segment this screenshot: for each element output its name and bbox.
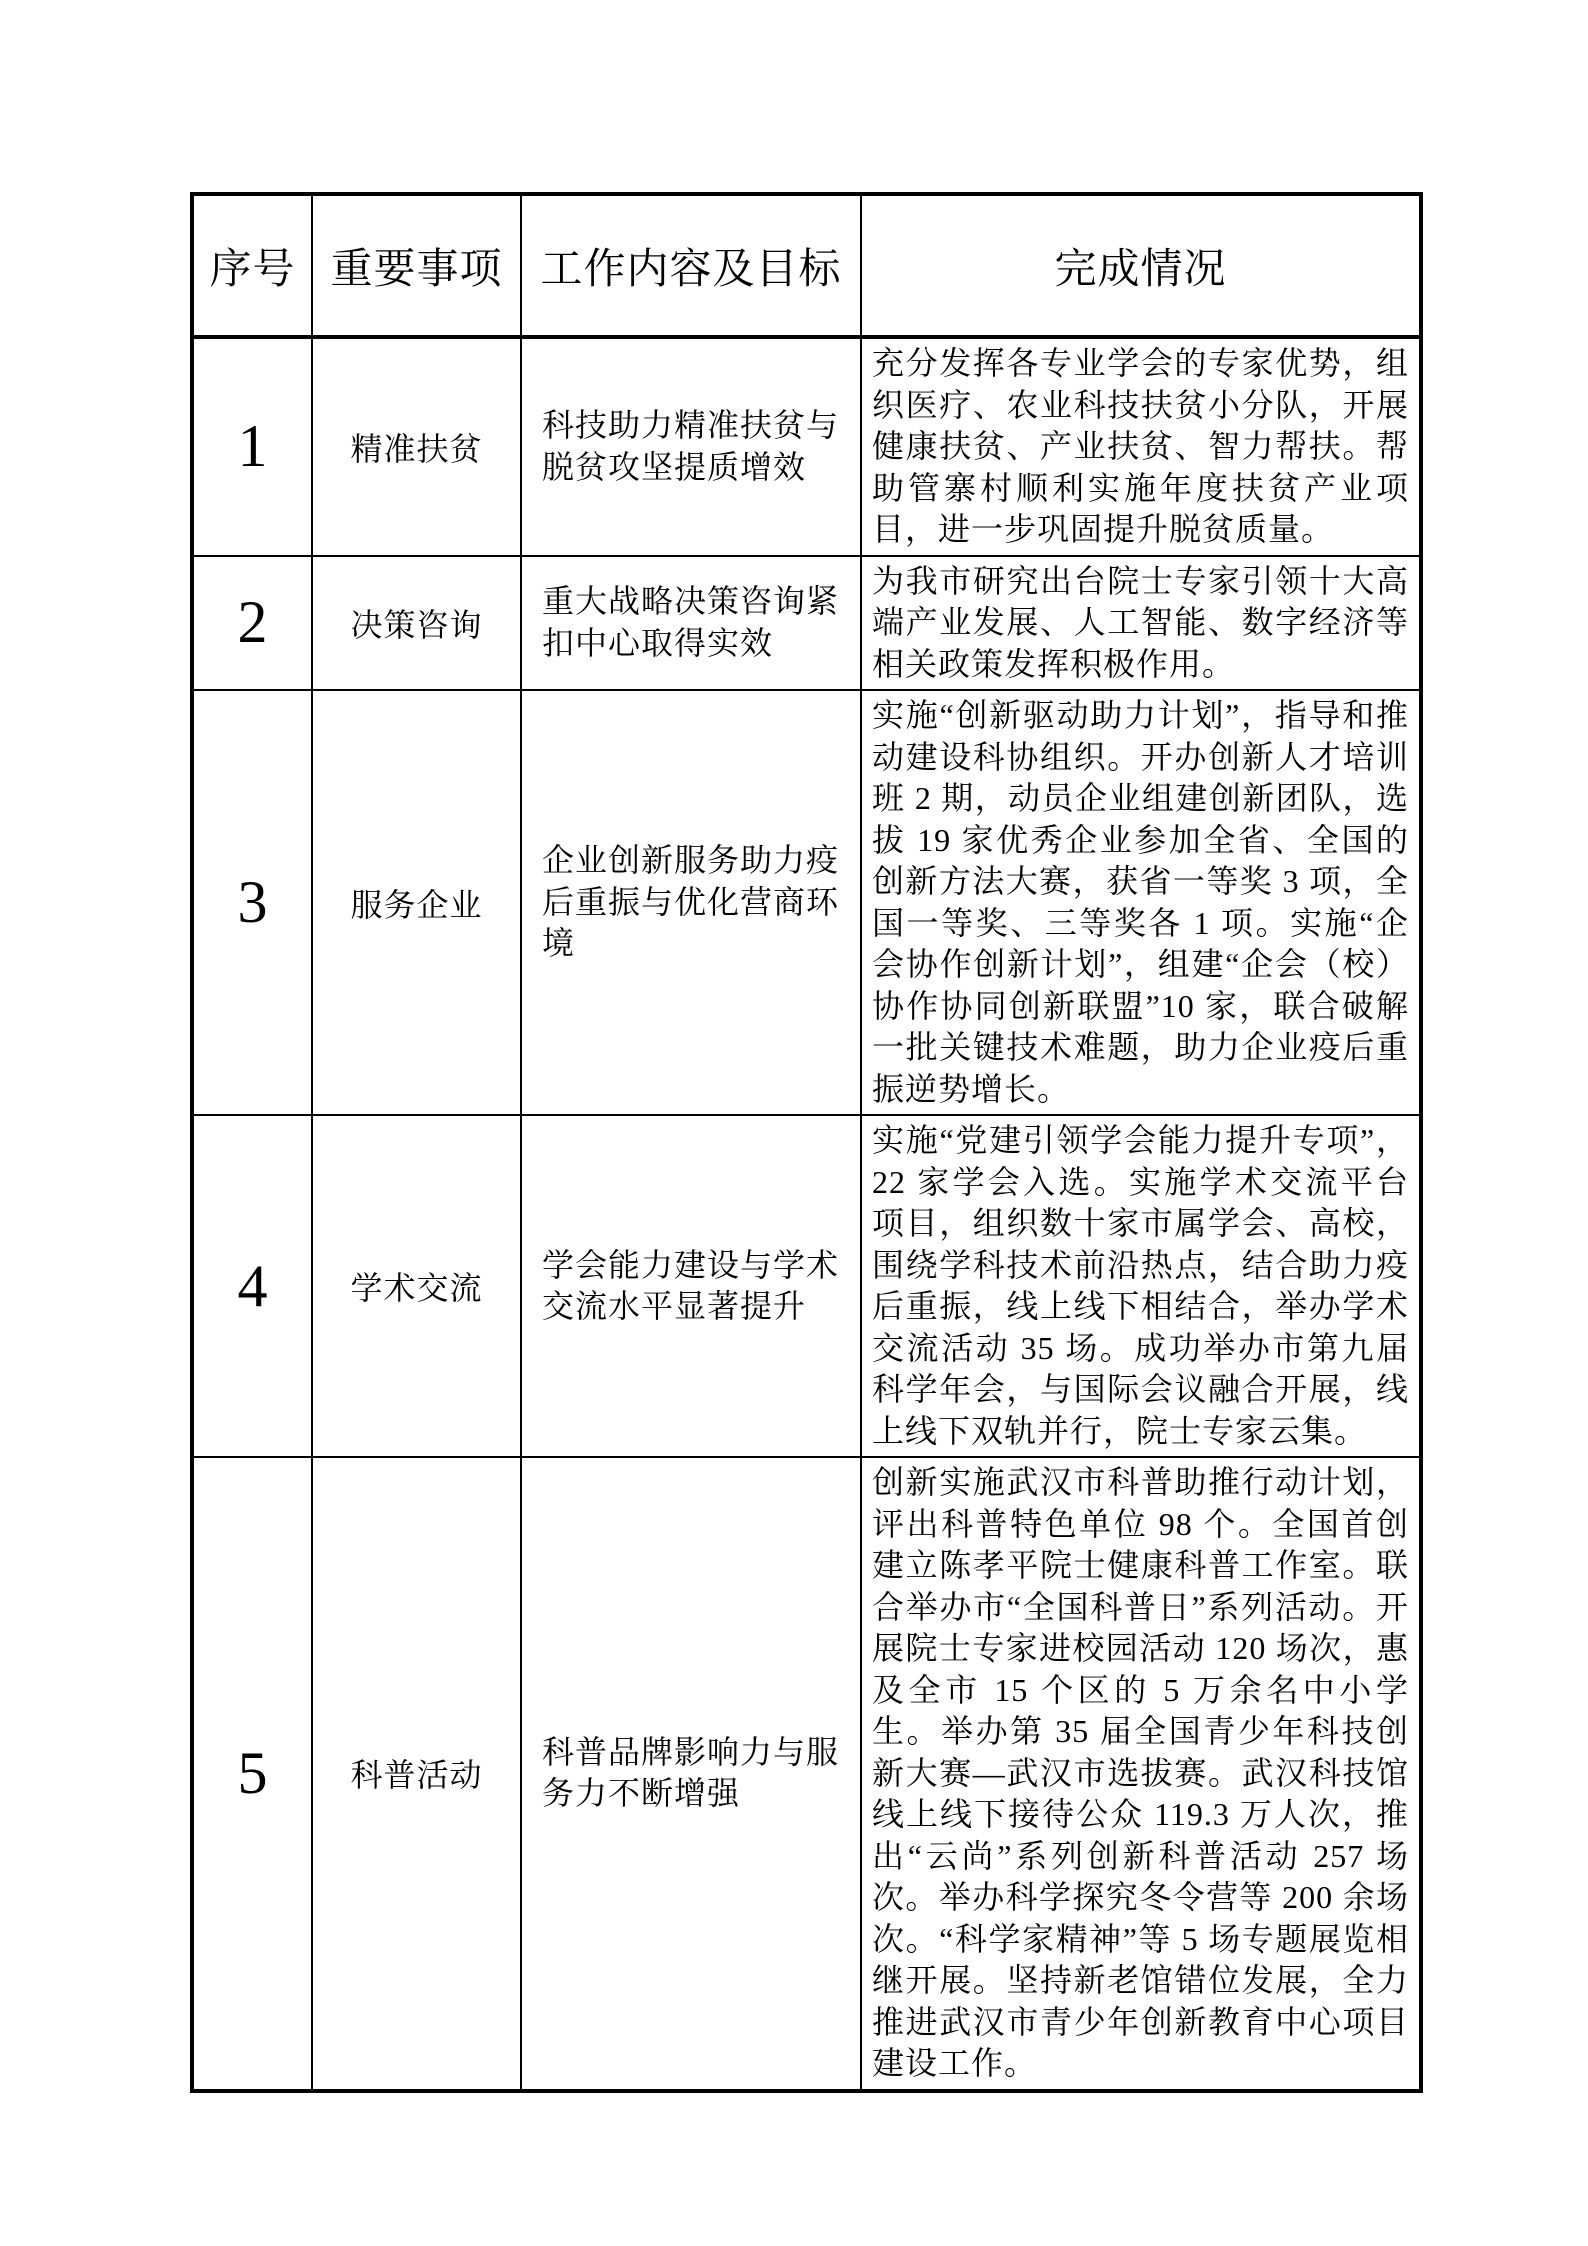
row-goal: 企业创新服务助力疫后重振与优化营商环境 [521, 690, 861, 1115]
row-status: 充分发挥各专业学会的专家优势，组织医疗、农业科技扶贫小分队，开展健康扶贫、产业扶… [861, 337, 1421, 556]
document-page: 序号 重要事项 工作内容及目标 完成情况 1 精准扶贫 科技助力精准扶贫与脱贫攻… [0, 0, 1588, 2246]
row-no: 3 [192, 690, 312, 1115]
row-status: 实施“党建引领学会能力提升专项”，22 家学会入选。实施学术交流平台项目，组织数… [861, 1115, 1421, 1457]
row-status: 创新实施武汉市科普助推行动计划，评出科普特色单位 98 个。全国首创建立陈孝平院… [861, 1457, 1421, 2091]
table-header-row: 序号 重要事项 工作内容及目标 完成情况 [192, 194, 1421, 337]
row-item: 精准扶贫 [312, 337, 521, 556]
row-goal: 重大战略决策咨询紧扣中心取得实效 [521, 556, 861, 691]
row-item: 科普活动 [312, 1457, 521, 2091]
row-status: 实施“创新驱动助力计划”，指导和推动建设科协组织。开办创新人才培训班 2 期，动… [861, 690, 1421, 1115]
row-no: 1 [192, 337, 312, 556]
row-no: 4 [192, 1115, 312, 1457]
header-no: 序号 [192, 194, 312, 337]
row-item: 服务企业 [312, 690, 521, 1115]
row-goal: 科技助力精准扶贫与脱贫攻坚提质增效 [521, 337, 861, 556]
summary-table: 序号 重要事项 工作内容及目标 完成情况 1 精准扶贫 科技助力精准扶贫与脱贫攻… [190, 192, 1423, 2093]
row-item: 决策咨询 [312, 556, 521, 691]
row-status: 为我市研究出台院士专家引领十大高端产业发展、人工智能、数字经济等相关政策发挥积极… [861, 556, 1421, 691]
header-goal: 工作内容及目标 [521, 194, 861, 337]
table-row: 2 决策咨询 重大战略决策咨询紧扣中心取得实效 为我市研究出台院士专家引领十大高… [192, 556, 1421, 691]
row-item: 学术交流 [312, 1115, 521, 1457]
row-no: 5 [192, 1457, 312, 2091]
row-no: 2 [192, 556, 312, 691]
table-row: 1 精准扶贫 科技助力精准扶贫与脱贫攻坚提质增效 充分发挥各专业学会的专家优势，… [192, 337, 1421, 556]
header-status: 完成情况 [861, 194, 1421, 337]
table-row: 5 科普活动 科普品牌影响力与服务力不断增强 创新实施武汉市科普助推行动计划，评… [192, 1457, 1421, 2091]
row-goal: 科普品牌影响力与服务力不断增强 [521, 1457, 861, 2091]
table-row: 4 学术交流 学会能力建设与学术交流水平显著提升 实施“党建引领学会能力提升专项… [192, 1115, 1421, 1457]
row-goal: 学会能力建设与学术交流水平显著提升 [521, 1115, 861, 1457]
header-item: 重要事项 [312, 194, 521, 337]
table-row: 3 服务企业 企业创新服务助力疫后重振与优化营商环境 实施“创新驱动助力计划”，… [192, 690, 1421, 1115]
